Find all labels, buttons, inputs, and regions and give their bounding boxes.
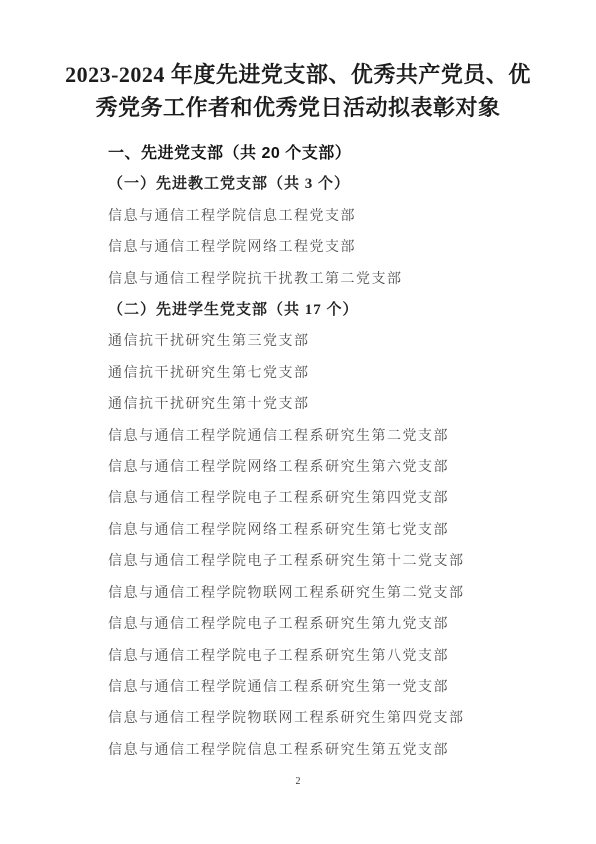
list-item: 信息与通信工程学院电子工程系研究生第十二党支部: [108, 546, 526, 577]
list-item: 通信抗干扰研究生第十党支部: [108, 389, 526, 420]
list-item: 信息与通信工程学院抗干扰教工第二党支部: [108, 264, 526, 295]
list-item: 信息与通信工程学院电子工程系研究生第四党支部: [108, 483, 526, 514]
list-item: 信息与通信工程学院物联网工程系研究生第二党支部: [108, 578, 526, 609]
list-item: 信息与通信工程学院网络工程系研究生第六党支部: [108, 452, 526, 483]
page-number: 2: [0, 776, 596, 788]
list-item: 信息与通信工程学院电子工程系研究生第八党支部: [108, 641, 526, 672]
list-item: 信息与通信工程学院网络工程系研究生第七党支部: [108, 515, 526, 546]
list-item: 信息与通信工程学院信息工程系研究生第五党支部: [108, 735, 526, 766]
list-item: 通信抗干扰研究生第三党支部: [108, 326, 526, 357]
list-item: 信息与通信工程学院物联网工程系研究生第四党支部: [108, 703, 526, 734]
document-page: 2023-2024 年度先进党支部、优秀共产党员、优 秀党务工作者和优秀党日活动…: [0, 0, 596, 844]
subsection-heading-student-branches: （二）先进学生党支部（共 17 个）: [108, 295, 526, 326]
section-heading: 一、先进党支部（共 20 个支部）: [108, 138, 526, 169]
document-title-line-2: 秀党务工作者和优秀党日活动拟表彰对象: [52, 91, 544, 124]
list-item: 信息与通信工程学院信息工程党支部: [108, 201, 526, 232]
list-item: 通信抗干扰研究生第七党支部: [108, 358, 526, 389]
document-body: 一、先进党支部（共 20 个支部） （一）先进教工党支部（共 3 个） 信息与通…: [0, 124, 596, 766]
list-item: 信息与通信工程学院电子工程系研究生第九党支部: [108, 609, 526, 640]
list-item: 信息与通信工程学院通信工程系研究生第一党支部: [108, 672, 526, 703]
list-item: 信息与通信工程学院通信工程系研究生第二党支部: [108, 421, 526, 452]
document-title-line-1: 2023-2024 年度先进党支部、优秀共产党员、优: [52, 58, 544, 91]
list-item: 信息与通信工程学院网络工程党支部: [108, 232, 526, 263]
subsection-heading-teacher-branches: （一）先进教工党支部（共 3 个）: [108, 169, 526, 200]
document-title: 2023-2024 年度先进党支部、优秀共产党员、优 秀党务工作者和优秀党日活动…: [52, 58, 544, 124]
